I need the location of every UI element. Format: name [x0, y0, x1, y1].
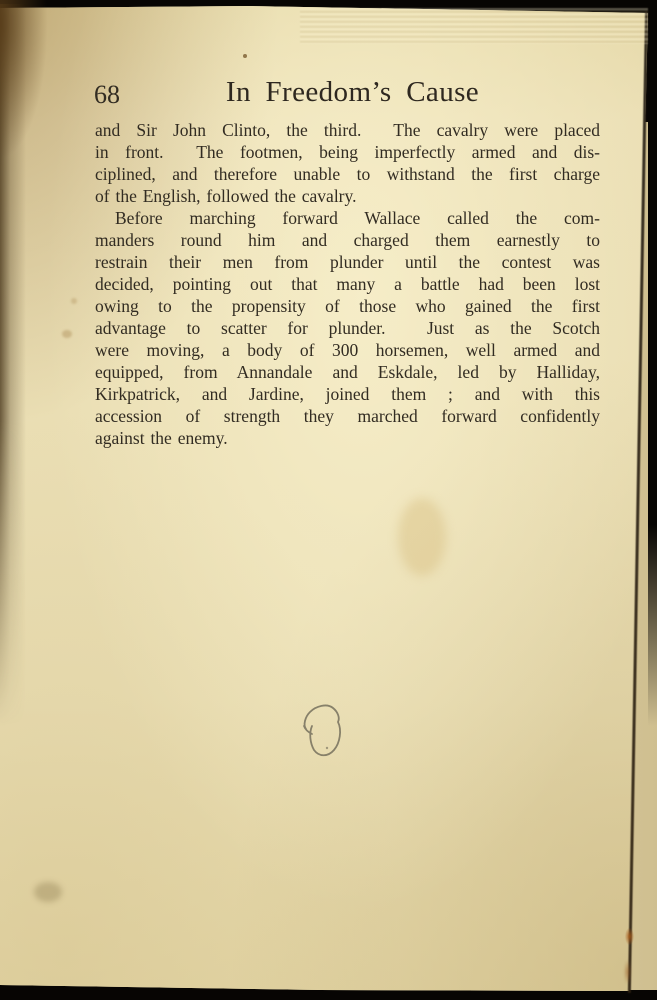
text-line: decided, pointing out that many a battle…: [95, 273, 600, 295]
text-line: in front. The footmen, being imperfectly…: [95, 141, 600, 163]
text-line: owing to the propensity of those who gai…: [95, 295, 600, 317]
text-line: restrain their men from plunder until th…: [95, 251, 600, 273]
page-stack-texture: [300, 8, 648, 44]
text-line: against the enemy.: [95, 427, 600, 449]
body-text: and Sir John Clinto, the third. The cava…: [95, 119, 600, 449]
text-line: equipped, from Annandale and Eskdale, le…: [95, 361, 600, 383]
text-line: were moving, a body of 300 horsemen, wel…: [95, 339, 600, 361]
text-line: Kirkpatrick, and Jardine, joined them ; …: [95, 383, 600, 405]
binding-corner: [0, 0, 48, 160]
text-line: accession of strength they marched forwa…: [95, 405, 600, 427]
paragraph: Before marching forward Wallace called t…: [95, 207, 600, 449]
text-line: advantage to scatter for plunder. Just a…: [95, 317, 600, 339]
text-line: and Sir John Clinto, the third. The cava…: [95, 119, 600, 141]
running-title: In Freedom’s Cause: [100, 76, 605, 109]
text-line: ciplined, and therefore unable to withst…: [95, 163, 600, 185]
text-line: of the English, followed the cavalry.: [95, 185, 600, 207]
scanned-book-photo: 68 In Freedom’s Cause and Sir John Clint…: [0, 0, 657, 1000]
fore-edge-shadow: [648, 6, 657, 726]
paragraph: and Sir John Clinto, the third. The cava…: [95, 119, 600, 207]
text-line: Before marching forward Wallace called t…: [95, 207, 600, 229]
text-line: manders round him and charged them earne…: [95, 229, 600, 251]
